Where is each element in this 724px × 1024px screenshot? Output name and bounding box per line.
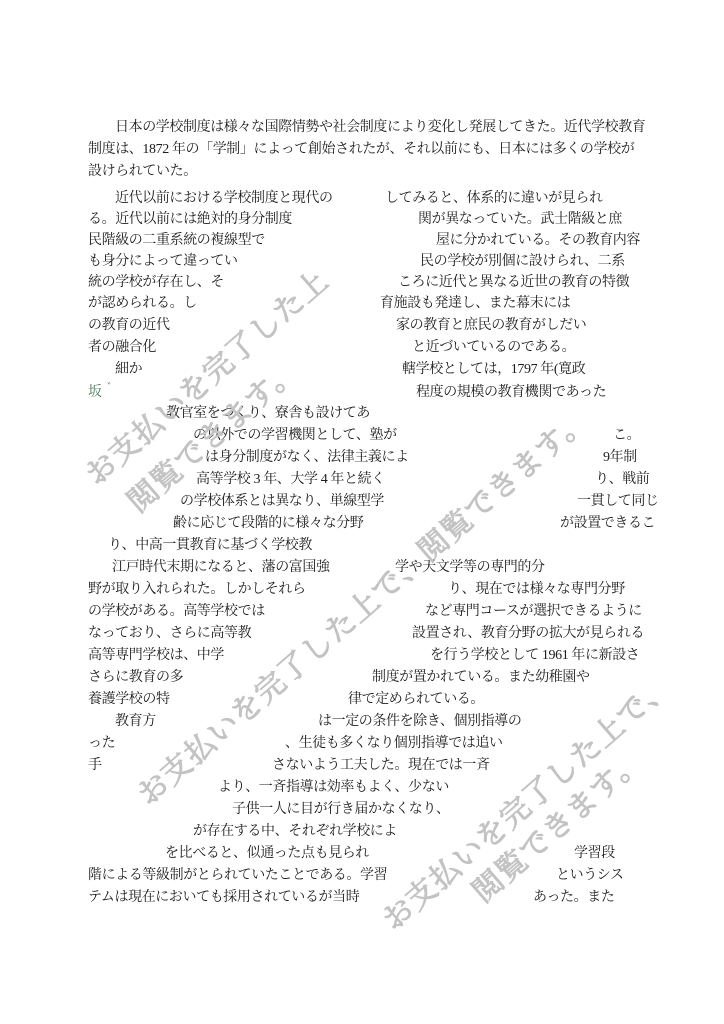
watermark-text: お支払いを完了した上で、 [371, 662, 680, 939]
watermark-text: お支払いを完了した上 [74, 257, 337, 494]
watermark-text: お支払いを完了した上で、閲覧できます。 [126, 396, 597, 814]
watermark-layer: お支払いを完了した上閲覧できます。お支払いを完了した上で、閲覧できます。お支払い… [0, 0, 724, 1024]
watermark-text: 閲覧できます。 [461, 737, 652, 911]
watermark-text: 閲覧できます。 [116, 347, 307, 521]
document-page: お支払いを完了した上閲覧できます。お支払いを完了した上で、閲覧できます。お支払い… [0, 0, 724, 1024]
